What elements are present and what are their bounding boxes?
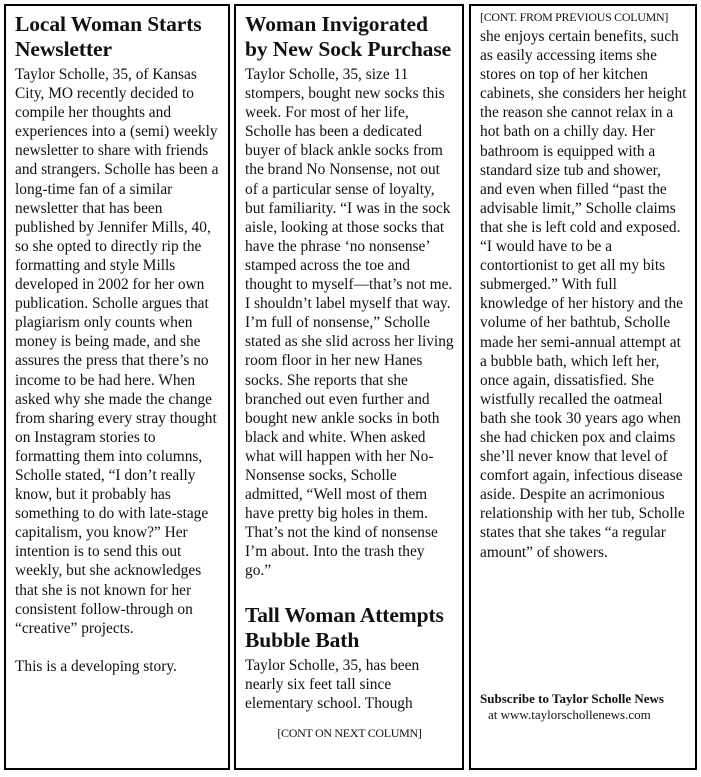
- column-sock-story: Woman Invigorated by New Sock Purchase T…: [234, 4, 464, 770]
- subscribe-callout: Subscribe to Taylor Scholle News at www.…: [480, 691, 664, 723]
- headline-woman-invigorated: Woman Invigorated by New Sock Purchase: [245, 12, 454, 62]
- article-body-socks: Taylor Scholle, 35, size 11 stompers, bo…: [245, 65, 454, 581]
- subscribe-link[interactable]: at www.taylorschollenews.com: [480, 707, 664, 723]
- headline-tall-woman-bubble-bath: Tall Woman Attempts Bubble Bath: [245, 603, 454, 653]
- headline-local-woman-starts-newsletter: Local Woman Starts Newsletter: [15, 12, 220, 62]
- column-newsletter-story: Local Woman Starts Newsletter Taylor Sch…: [4, 4, 230, 770]
- article-body-bubble-bath-continued: she enjoys certain benefits, such as eas…: [480, 27, 687, 562]
- article-body-bubble-bath-start: Taylor Scholle, 35, has been nearly six …: [245, 656, 454, 713]
- column-bubble-bath-continued: [CONT. FROM PREVIOUS COLUMN] she enjoys …: [469, 4, 697, 770]
- subscribe-title: Subscribe to Taylor Scholle News: [480, 691, 664, 707]
- article-developing-note: This is a developing story.: [15, 657, 220, 676]
- continued-from-previous-column-note: [CONT. FROM PREVIOUS COLUMN]: [480, 10, 687, 24]
- article-body-newsletter: Taylor Scholle, 35, of Kansas City, MO r…: [15, 65, 220, 638]
- continued-on-next-column-note: [CONT ON NEXT COLUMN]: [245, 726, 454, 740]
